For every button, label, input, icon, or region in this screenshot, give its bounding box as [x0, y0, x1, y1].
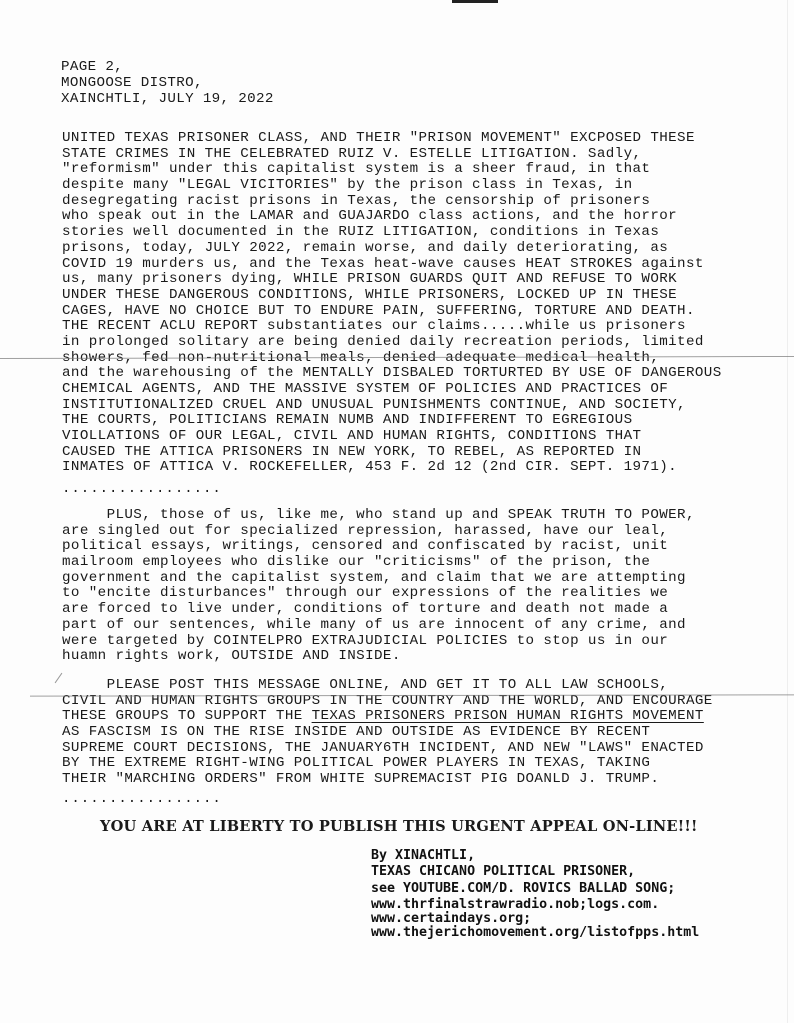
signature-link-jericho: www.thejerichomovement.org/listofpps.htm…	[371, 925, 699, 941]
text-line: INSTITUTIONALIZED CRUEL AND UNUSUAL PUNI…	[62, 398, 722, 414]
text-line: were targeted by COINTELPRO EXTRAJUDICIA…	[62, 634, 695, 650]
text-line: and the warehousing of the MENTALLY DISB…	[62, 366, 722, 382]
header-recipient: MONGOOSE DISTRO,	[61, 75, 274, 91]
text-line: STATE CRIMES IN THE CELEBRATED RUIZ V. E…	[62, 147, 722, 163]
text-line: prisons, today, JULY 2022, remain worse,…	[62, 241, 722, 257]
text-line: mailroom employees who dislike our "crit…	[62, 555, 695, 571]
text-line: SUPREME COURT DECISIONS, THE JANUARY6TH …	[62, 741, 713, 757]
signature-link-certaindays: www.certaindays.org;	[371, 913, 699, 925]
signature-byline: By XINACHTLI,	[371, 848, 699, 864]
text-line: are singled out for specialized repressi…	[62, 524, 695, 540]
underlined-movement-name: TEXAS PRISONERS PRISON HUMAN RIGHTS MOVE…	[312, 708, 704, 724]
text-line: PLEASE POST THIS MESSAGE ONLINE, AND GET…	[62, 678, 713, 694]
text-line: THEIR "MARCHING ORDERS" FROM WHITE SUPRE…	[62, 772, 713, 788]
text-line: INMATES OF ATTICA V. ROCKEFELLER, 453 F.…	[62, 460, 722, 476]
header-page-number: PAGE 2,	[61, 59, 274, 75]
text-line: CAUSED THE ATTICA PRISONERS IN NEW YORK,…	[62, 445, 722, 461]
text-line: UNDER THESE DANGEROUS CONDITIONS, WHILE …	[62, 288, 722, 304]
scan-artifact-top	[452, 0, 498, 3]
text-line: in prolonged solitary are being denied d…	[62, 335, 722, 351]
text-span: THESE GROUPS TO SUPPORT THE	[62, 708, 312, 724]
text-line: UNITED TEXAS PRISONER CLASS, AND THEIR "…	[62, 131, 722, 147]
text-line: THESE GROUPS TO SUPPORT THE TEXAS PRISON…	[62, 709, 713, 725]
text-line: CAGES, HAVE NO CHOICE BUT TO ENDURE PAIN…	[62, 304, 722, 320]
text-line: desegregating racist prisons in Texas, t…	[62, 194, 722, 210]
text-line: stories well documented in the RUIZ LITI…	[62, 225, 722, 241]
text-line: us, many prisoners dying, WHILE PRISON G…	[62, 272, 722, 288]
text-line: who speak out in the LAMAR and GUAJARDO …	[62, 209, 722, 225]
signature-block: By XINACHTLI, TEXAS CHICANO POLITICAL PR…	[371, 848, 699, 941]
letter-header: PAGE 2, MONGOOSE DISTRO, XAINCHTLI, JULY…	[61, 59, 274, 107]
text-line: huamn rights work, OUTSIDE AND INSIDE.	[62, 649, 695, 665]
separator-dots: .................	[62, 791, 222, 807]
text-line: COVID 19 murders us, and the Texas heat-…	[62, 257, 722, 273]
text-line: to "encite disturbances" through our exp…	[62, 586, 695, 602]
text-line: "reformism" under this capitalist system…	[62, 162, 722, 178]
text-line: part of our sentences, while many of us …	[62, 618, 695, 634]
text-line: PLUS, those of us, like me, who stand up…	[62, 508, 695, 524]
text-line: political essays, writings, censored and…	[62, 539, 695, 555]
text-line: THE RECENT ACLU REPORT substantiates our…	[62, 319, 722, 335]
text-line: government and the capitalist system, an…	[62, 571, 695, 587]
text-line: are forced to live under, conditions of …	[62, 602, 695, 618]
text-line: despite many "LEGAL VICITORIES" by the p…	[62, 178, 722, 194]
text-line: THE COURTS, POLITICIANS REMAIN NUMB AND …	[62, 413, 722, 429]
text-line: VIOLLATIONS OF OUR LEGAL, CIVIL AND HUMA…	[62, 429, 722, 445]
urgent-appeal-notice: YOU ARE AT LIBERTY TO PUBLISH THIS URGEN…	[100, 818, 698, 835]
paragraph-prison-conditions: UNITED TEXAS PRISONER CLASS, AND THEIR "…	[62, 131, 722, 476]
text-line: BY THE EXTREME RIGHT-WING POLITICAL POWE…	[62, 756, 713, 772]
separator-dots: .................	[62, 481, 222, 497]
text-line: CHEMICAL AGENTS, AND THE MASSIVE SYSTEM …	[62, 382, 722, 398]
header-author-date: XAINCHTLI, JULY 19, 2022	[61, 91, 274, 107]
signature-title: TEXAS CHICANO POLITICAL PRISONER,	[371, 864, 699, 880]
signature-youtube-reference: see YOUTUBE.COM/D. ROVICS BALLAD SONG;	[371, 881, 699, 897]
scanned-document-page: PAGE 2, MONGOOSE DISTRO, XAINCHTLI, JULY…	[0, 0, 794, 1023]
page-edge	[787, 0, 788, 1023]
text-line: AS FASCISM IS ON THE RISE INSIDE AND OUT…	[62, 725, 713, 741]
paragraph-repression: PLUS, those of us, like me, who stand up…	[62, 508, 695, 665]
